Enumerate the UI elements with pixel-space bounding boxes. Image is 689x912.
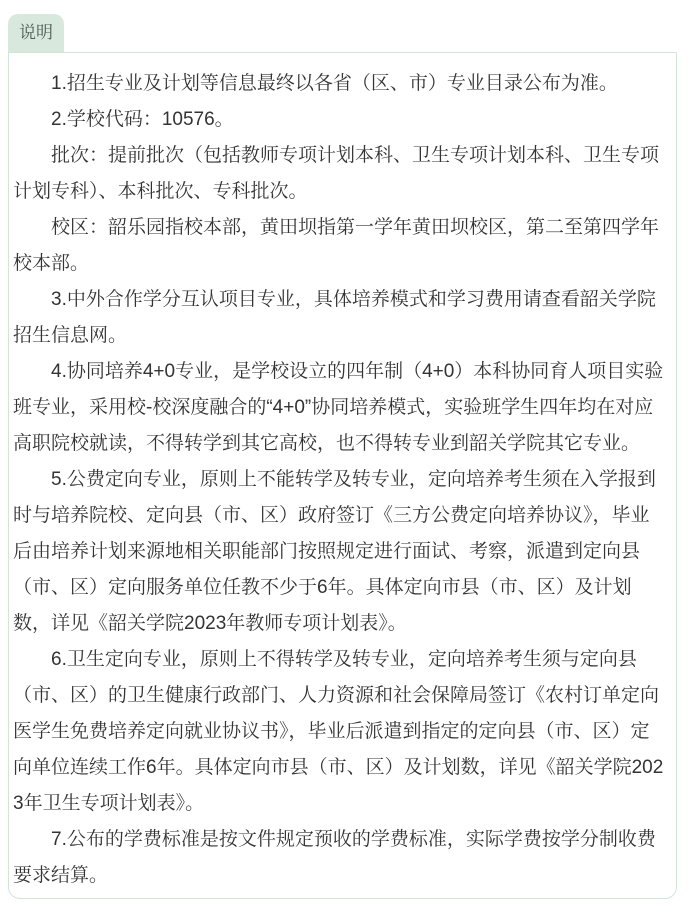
notes-section: 说明 1.招生专业及计划等信息最终以各省（区、市）专业目录公布为准。2.学校代码… [0,0,689,912]
notes-panel: 1.招生专业及计划等信息最终以各省（区、市）专业目录公布为准。2.学校代码：10… [8,52,677,899]
note-paragraph: 1.招生专业及计划等信息最终以各省（区、市）专业目录公布为准。 [13,66,668,102]
note-paragraph: 5.公费定向专业，原则上不能转学及转专业，定向培养考生须在入学报到时与培养院校、… [13,462,668,642]
note-paragraph: 6.卫生定向专业，原则上不得转学及转专业，定向培养考生须与定向县（市、区）的卫生… [13,642,668,822]
note-paragraph: 4.协同培养4+0专业，是学校设立的四年制（4+0）本科协同育人项目实验班专业，… [13,354,668,462]
note-paragraph: 7.公布的学费标准是按文件规定预收的学费标准，实际学费按学分制收费要求结算。 [13,822,668,894]
tab-notes[interactable]: 说明 [8,14,64,52]
note-paragraph: 2.学校代码：10576。 [13,102,668,138]
note-paragraph: 校区：韶乐园指校本部，黄田坝指第一学年黄田坝校区，第二至第四学年校本部。 [13,210,668,282]
note-paragraph: 3.中外合作学分互认项目专业，具体培养模式和学习费用请查看韶关学院招生信息网。 [13,282,668,354]
note-paragraph: 批次：提前批次（包括教师专项计划本科、卫生专项计划本科、卫生专项计划专科）、本科… [13,138,668,210]
